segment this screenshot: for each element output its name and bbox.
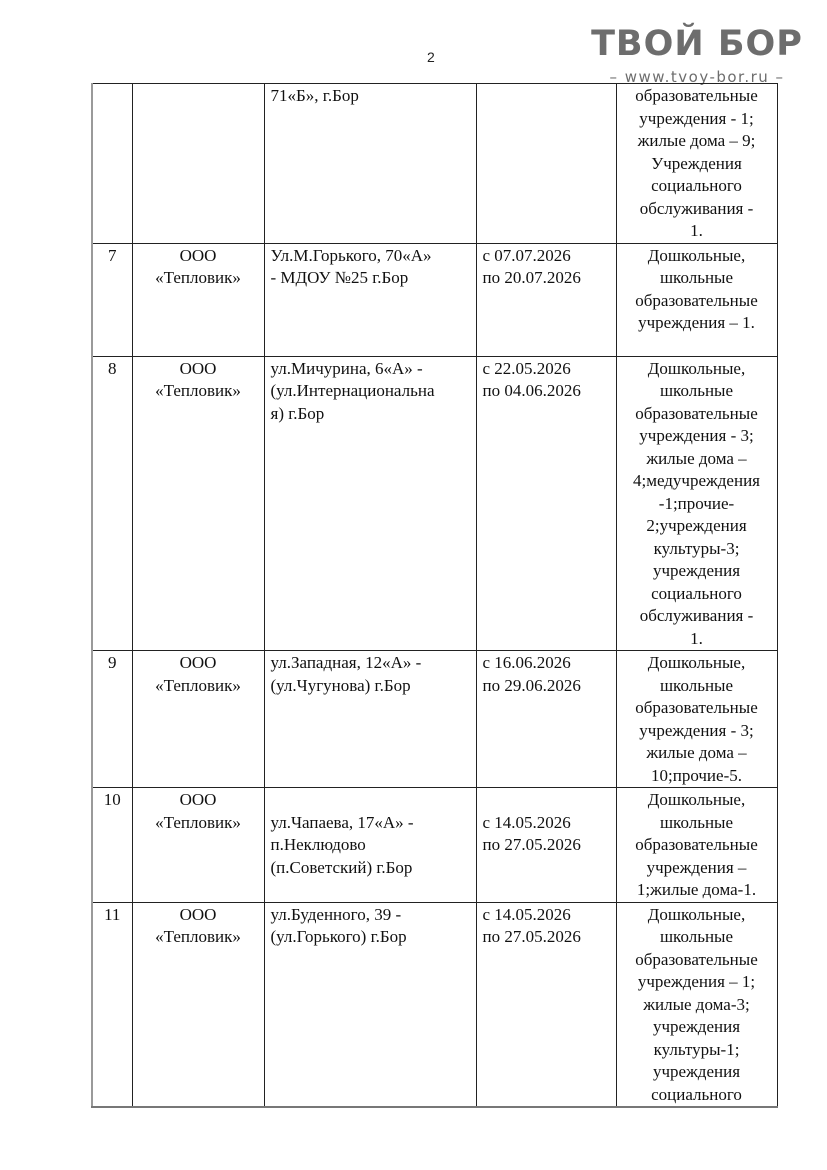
table-row: 71«Б», г.Боробразовательныеучреждения - … xyxy=(92,84,777,244)
consumers-line: учреждения - 3; xyxy=(623,720,771,743)
address-line: п.Неклюдово xyxy=(271,834,470,857)
consumers-cell: Дошкольные,школьныеобразовательныеучрежд… xyxy=(616,243,777,356)
consumers-line: культуры-1; xyxy=(623,1039,771,1062)
period-line: с 07.07.2026 xyxy=(483,245,610,268)
consumers-line: учреждения – 1; xyxy=(623,971,771,994)
consumers-line: школьные xyxy=(623,380,771,403)
period-line: с 14.05.2026 xyxy=(483,904,610,927)
row-number: 9 xyxy=(99,652,126,675)
consumers-line: учреждения - 3; xyxy=(623,425,771,448)
table-row: 11ООО«Тепловик»ул.Буденного, 39 -(ул.Гор… xyxy=(92,902,777,1107)
row-number: 11 xyxy=(99,904,126,927)
consumers-line: Дошкольные, xyxy=(623,245,771,268)
organization-cell: ООО«Тепловик» xyxy=(132,902,264,1107)
consumers-line: жилые дома – xyxy=(623,448,771,471)
organization-cell: ООО«Тепловик» xyxy=(132,788,264,903)
organization-cell: ООО«Тепловик» xyxy=(132,243,264,356)
period-line: по 04.06.2026 xyxy=(483,380,610,403)
consumers-line: образовательные xyxy=(623,403,771,426)
address-line: ул.Чапаева, 17«А» - xyxy=(271,812,470,835)
consumers-line: Дошкольные, xyxy=(623,358,771,381)
consumers-line: школьные xyxy=(623,926,771,949)
organization-line: ООО xyxy=(139,789,258,812)
organization-cell: ООО«Тепловик» xyxy=(132,651,264,788)
organization-line: ООО xyxy=(139,904,258,927)
row-number-cell: 8 xyxy=(92,356,132,651)
row-number-cell: 10 xyxy=(92,788,132,903)
table-row: 8ООО«Тепловик»ул.Мичурина, 6«А» -(ул.Инт… xyxy=(92,356,777,651)
organization-cell xyxy=(132,84,264,244)
consumers-line: школьные xyxy=(623,267,771,290)
consumers-line: школьные xyxy=(623,675,771,698)
consumers-cell: Дошкольные,школьныеобразовательныеучрежд… xyxy=(616,788,777,903)
consumers-line: образовательные xyxy=(623,949,771,972)
period-line: с 14.05.2026 xyxy=(483,812,610,835)
consumers-line: учреждения - 1; xyxy=(623,108,771,131)
organization-line: «Тепловик» xyxy=(139,267,258,290)
period-line: с 16.06.2026 xyxy=(483,652,610,675)
period-cell: с 22.05.2026по 04.06.2026 xyxy=(476,356,616,651)
address-cell: ул.Чапаева, 17«А» -п.Неклюдово(п.Советск… xyxy=(264,788,476,903)
row-number: 7 xyxy=(99,245,126,268)
organization-line: «Тепловик» xyxy=(139,675,258,698)
period-line: по 27.05.2026 xyxy=(483,834,610,857)
consumers-cell: Дошкольные,школьныеобразовательныеучрежд… xyxy=(616,902,777,1107)
row-number: 10 xyxy=(99,789,126,812)
watermark-title: ТВОЙ БОР xyxy=(584,24,810,64)
consumers-line: -1;прочие- xyxy=(623,493,771,516)
consumers-cell: Дошкольные,школьныеобразовательныеучрежд… xyxy=(616,651,777,788)
consumers-line: обслуживания - xyxy=(623,198,771,221)
address-line: 71«Б», г.Бор xyxy=(271,85,470,108)
consumers-line: социального xyxy=(623,175,771,198)
consumers-line: учреждения – 1. xyxy=(623,312,771,335)
row-number: 8 xyxy=(99,358,126,381)
consumers-line: Дошкольные, xyxy=(623,789,771,812)
address-line: ул.Буденного, 39 - xyxy=(271,904,470,927)
consumers-line: обслуживания - xyxy=(623,605,771,628)
period-line: по 29.06.2026 xyxy=(483,675,610,698)
organization-line: ООО xyxy=(139,652,258,675)
consumers-line: 10;прочие-5. xyxy=(623,765,771,788)
address-line: (ул.Горького) г.Бор xyxy=(271,926,470,949)
consumers-line: учреждения xyxy=(623,1016,771,1039)
organization-line: ООО xyxy=(139,358,258,381)
consumers-line: образовательные xyxy=(623,834,771,857)
consumers-line: образовательные xyxy=(623,697,771,720)
address-cell: 71«Б», г.Бор xyxy=(264,84,476,244)
address-line: ул.Мичурина, 6«А» - xyxy=(271,358,470,381)
address-line: Ул.М.Горького, 70«А» xyxy=(271,245,470,268)
watermark-logo: ТВОЙ БОР – www.tvoy-bor.ru – xyxy=(584,24,810,86)
organization-line: «Тепловик» xyxy=(139,812,258,835)
consumers-line: учреждения xyxy=(623,1061,771,1084)
consumers-line: 4;медучреждения xyxy=(623,470,771,493)
consumers-line: Учреждения xyxy=(623,153,771,176)
consumers-line: социального xyxy=(623,1084,771,1107)
consumers-line: жилые дома – xyxy=(623,742,771,765)
consumers-cell: Дошкольные,школьныеобразовательныеучрежд… xyxy=(616,356,777,651)
period-cell: с 16.06.2026по 29.06.2026 xyxy=(476,651,616,788)
address-cell: ул.Буденного, 39 -(ул.Горького) г.Бор xyxy=(264,902,476,1107)
consumers-line: 1;жилые дома-1. xyxy=(623,879,771,902)
consumers-line: жилые дома – 9; xyxy=(623,130,771,153)
page-number: 2 xyxy=(427,49,435,65)
address-line: - МДОУ №25 г.Бор xyxy=(271,267,470,290)
consumers-line: Дошкольные, xyxy=(623,652,771,675)
period-cell: с 14.05.2026по 27.05.2026 xyxy=(476,788,616,903)
consumers-line: образовательные xyxy=(623,290,771,313)
address-cell: ул.Мичурина, 6«А» -(ул.Интернациональная… xyxy=(264,356,476,651)
table-row: 9ООО«Тепловик»ул.Западная, 12«А» -(ул.Чу… xyxy=(92,651,777,788)
period-line: с 22.05.2026 xyxy=(483,358,610,381)
consumers-line: учреждения xyxy=(623,560,771,583)
period-line: по 20.07.2026 xyxy=(483,267,610,290)
row-number-cell: 7 xyxy=(92,243,132,356)
consumers-line: учреждения – xyxy=(623,857,771,880)
schedule-table: 71«Б», г.Боробразовательныеучреждения - … xyxy=(91,83,778,1108)
table-row: 10ООО«Тепловик»ул.Чапаева, 17«А» -п.Некл… xyxy=(92,788,777,903)
address-line: я) г.Бор xyxy=(271,403,470,426)
row-number-cell: 9 xyxy=(92,651,132,788)
organization-line: ООО xyxy=(139,245,258,268)
table-row: 7ООО«Тепловик»Ул.М.Горького, 70«А»- МДОУ… xyxy=(92,243,777,356)
consumers-line: 1. xyxy=(623,220,771,243)
consumers-line: жилые дома-3; xyxy=(623,994,771,1017)
consumers-cell: образовательныеучреждения - 1;жилые дома… xyxy=(616,84,777,244)
organization-line: «Тепловик» xyxy=(139,380,258,403)
consumers-line: школьные xyxy=(623,812,771,835)
address-cell: Ул.М.Горького, 70«А»- МДОУ №25 г.Бор xyxy=(264,243,476,356)
period-line: по 27.05.2026 xyxy=(483,926,610,949)
consumers-line: образовательные xyxy=(623,85,771,108)
period-cell: с 14.05.2026по 27.05.2026 xyxy=(476,902,616,1107)
address-line: (ул.Чугунова) г.Бор xyxy=(271,675,470,698)
consumers-line: культуры-3; xyxy=(623,538,771,561)
consumers-line: Дошкольные, xyxy=(623,904,771,927)
organization-line: «Тепловик» xyxy=(139,926,258,949)
address-line: (п.Советский) г.Бор xyxy=(271,857,470,880)
address-cell: ул.Западная, 12«А» -(ул.Чугунова) г.Бор xyxy=(264,651,476,788)
consumers-line: 2;учреждения xyxy=(623,515,771,538)
period-cell xyxy=(476,84,616,244)
organization-cell: ООО«Тепловик» xyxy=(132,356,264,651)
row-number-cell: 11 xyxy=(92,902,132,1107)
address-line: (ул.Интернациональна xyxy=(271,380,470,403)
row-number-cell xyxy=(92,84,132,244)
address-line: ул.Западная, 12«А» - xyxy=(271,652,470,675)
consumers-line: 1. xyxy=(623,628,771,651)
period-cell: с 07.07.2026по 20.07.2026 xyxy=(476,243,616,356)
consumers-line: социального xyxy=(623,583,771,606)
